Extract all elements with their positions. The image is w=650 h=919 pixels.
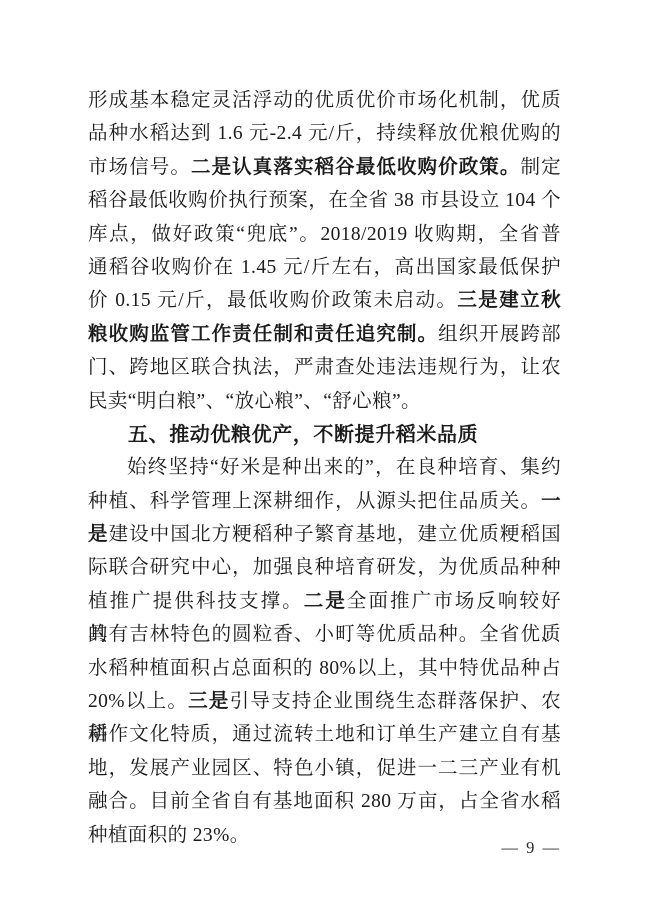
text-segment: 水稻种植面积占总面积的 80%以上，其中特优品种占 [88,658,561,679]
bold-text-segment: 二是 [304,591,347,612]
text-line: 库点，做好政策“兜底”。2018/2019 收购期，全省普 [88,218,561,251]
text-line: 稻作文化特质，通过流转土地和订单生产建立自有基 [88,718,561,751]
text-line: 植推广提供科技支撑。二是全面推广市场反响较好的、 [88,585,561,618]
text-segment: 际联合研究中心，加强良种培育研发，为优质品种种 [88,557,561,578]
text-segment: 市场信号。 [88,157,191,178]
text-segment: 融合。目前全省自有基地面积 280 万亩，占全省水稻 [88,791,561,812]
text-segment: 始终坚持“好米是种出来的”，在良种培育、集约 [127,457,561,478]
text-line: 地，发展产业园区、特色小镇，促进一二三产业有机 [88,752,561,785]
bold-text-segment: 三是 [188,691,230,712]
page-number: — 9 — [88,838,561,858]
text-segment: 门、跨地区联合执法，严肃查处违法违规行为，让农 [88,357,561,378]
text-segment: 库点，做好政策“兜底”。2018/2019 收购期，全省普 [88,224,561,245]
bold-text-segment: 一 [541,491,561,512]
text-line: 始终坚持“好米是种出来的”，在良种培育、集约 [88,451,561,484]
text-segment: 稻谷最低收购价执行预案，在全省 38 市县设立 104 个 [88,190,561,211]
text-line: 粮收购监管工作责任制和责任追究制。组织开展跨部 [88,318,561,351]
text-segment: 组织开展跨部 [438,324,561,345]
text-segment: 稻作文化特质，通过流转土地和订单生产建立自有基 [88,724,561,745]
text-segment: 20%以上。 [88,691,188,712]
text-segment: 价 0.15 元/斤，最低收购价政策未启动。 [88,290,457,311]
text-line: 形成基本稳定灵活浮动的优质优价市场化机制，优质 [88,84,561,117]
document-page: 形成基本稳定灵活浮动的优质优价市场化机制，优质品种水稻达到 1.6 元-2.4 … [0,0,650,919]
text-line: 价 0.15 元/斤，最低收购价政策未启动。三是建立秋 [88,284,561,317]
text-segment: 形成基本稳定灵活浮动的优质优价市场化机制，优质 [88,90,561,111]
bold-text-segment: 二是认真落实稻谷最低收购价政策。 [191,157,521,178]
text-line: 市场信号。二是认真落实稻谷最低收购价政策。制定 [88,151,561,184]
text-line: 融合。目前全省自有基地面积 280 万亩，占全省水稻 [88,785,561,818]
text-segment: 植推广提供科技支撑。 [88,591,304,612]
text-line: 品种水稻达到 1.6 元-2.4 元/斤，持续释放优粮优购的 [88,117,561,150]
bold-text-segment: 五、推动优粮优产，不断提升稻米品质 [128,422,478,446]
text-segment: 民卖“明白粮”、“放心粮”、“舒心粮”。 [88,391,421,412]
document-body: 形成基本稳定灵活浮动的优质优价市场化机制，优质品种水稻达到 1.6 元-2.4 … [88,84,561,852]
text-segment: 建设中国北方粳稻种子繁育基地，建立优质粳稻国 [109,524,561,545]
text-segment: 通稻谷收购价在 1.45 元/斤左右，高出国家最低保护 [88,257,561,278]
text-line: 民卖“明白粮”、“放心粮”、“舒心粮”。 [88,385,561,418]
bold-text-segment: 粮收购监管工作责任制和责任追究制。 [88,324,438,345]
text-segment: 制定 [521,157,562,178]
text-line: 种植、科学管理上深耕细作，从源头把住品质关。一 [88,485,561,518]
bold-text-segment: 三是建立秋 [457,290,561,311]
text-line: 门、跨地区联合执法，严肃查处违法违规行为，让农 [88,351,561,384]
bold-text-segment: 是 [88,524,109,545]
text-line: 际联合研究中心，加强良种培育研发，为优质品种种 [88,551,561,584]
text-line: 是建设中国北方粳稻种子繁育基地，建立优质粳稻国 [88,518,561,551]
text-line: 具有吉林特色的圆粒香、小町等优质品种。全省优质 [88,618,561,651]
text-segment: 具有吉林特色的圆粒香、小町等优质品种。全省优质 [88,624,561,645]
text-line: 稻谷最低收购价执行预案，在全省 38 市县设立 104 个 [88,184,561,217]
text-segment: 地，发展产业园区、特色小镇，促进一二三产业有机 [88,758,561,779]
text-line: 通稻谷收购价在 1.45 元/斤左右，高出国家最低保护 [88,251,561,284]
text-line: 20%以上。三是引导支持企业围绕生态群落保护、农耕 [88,685,561,718]
text-segment: 种植、科学管理上深耕细作，从源头把住品质关。 [88,491,541,512]
text-line: 水稻种植面积占总面积的 80%以上，其中特优品种占 [88,652,561,685]
section-heading: 五、推动优粮优产，不断提升稻米品质 [88,418,561,451]
text-segment: 品种水稻达到 1.6 元-2.4 元/斤，持续释放优粮优购的 [88,123,561,144]
